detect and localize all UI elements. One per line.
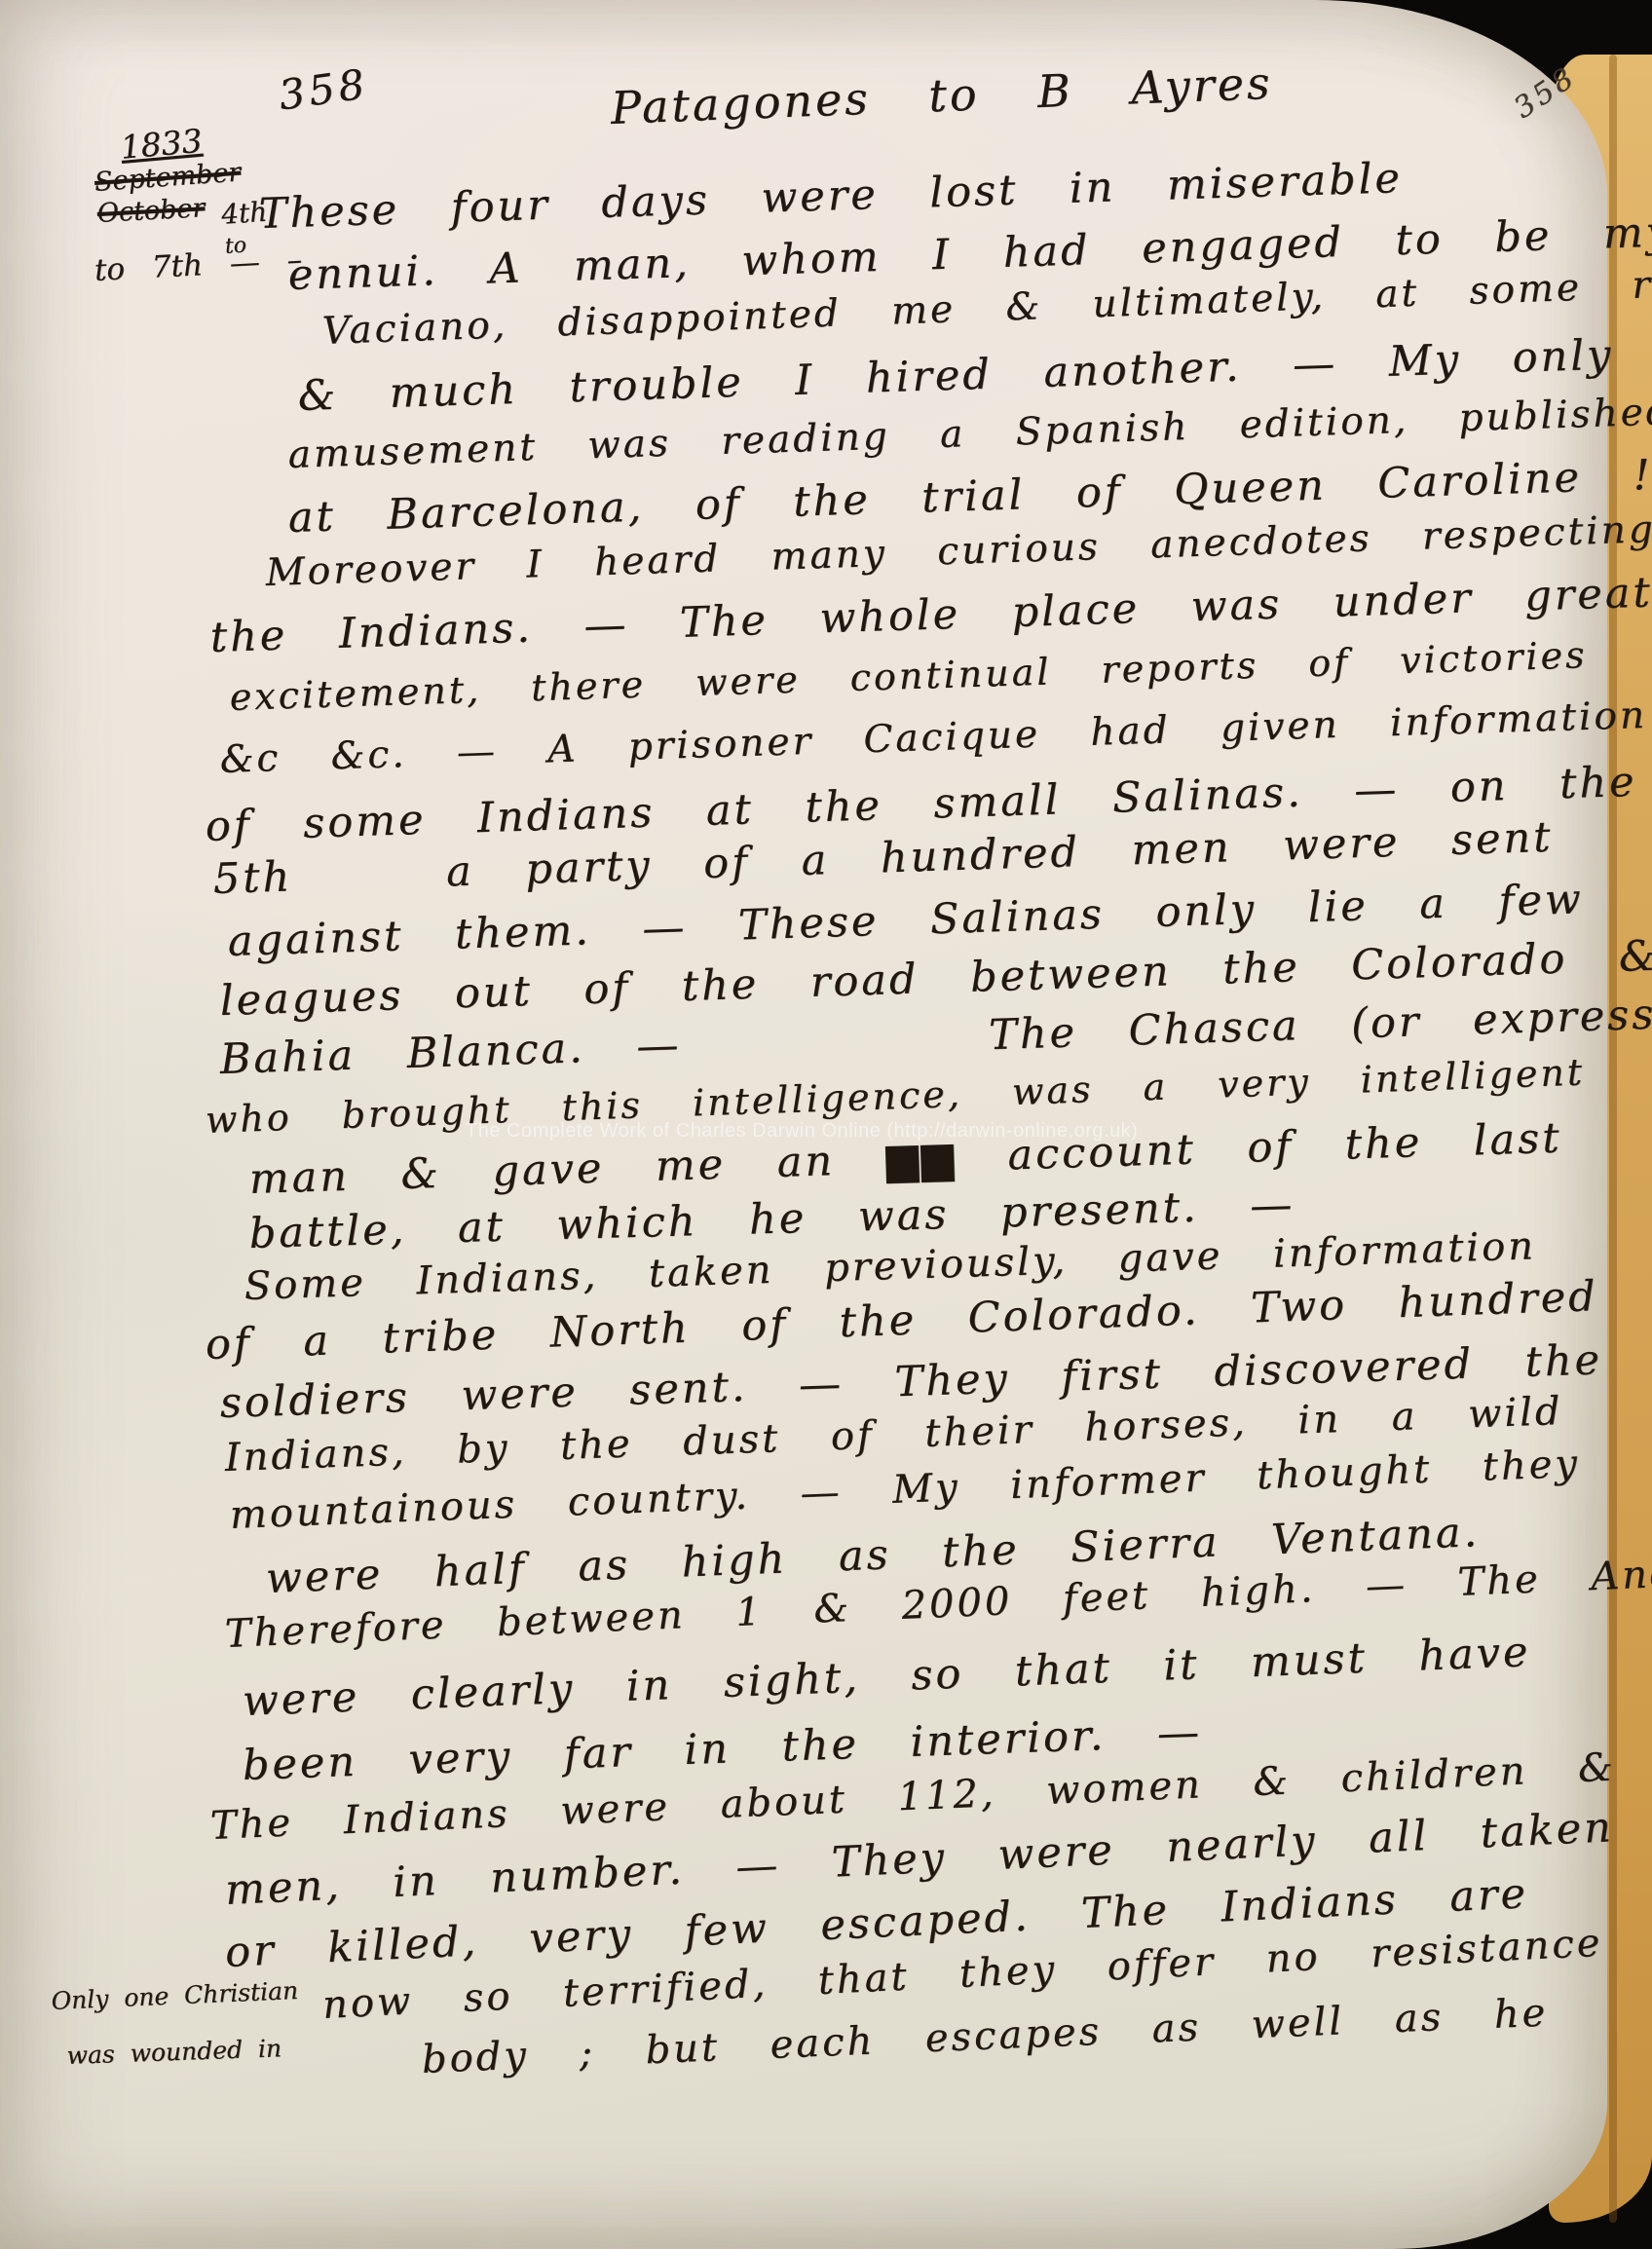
margin-year: 1833: [119, 122, 204, 167]
darwin-online-watermark: The Complete Work of Charles Darwin Onli…: [466, 1120, 1138, 1143]
page-edge-separator-line: [1609, 55, 1617, 2223]
margin-struck-month-october: October: [96, 193, 206, 229]
photograph-of-diary-page: 358 Patagones to B Ayres 358 1833 Septem…: [0, 0, 1652, 2249]
